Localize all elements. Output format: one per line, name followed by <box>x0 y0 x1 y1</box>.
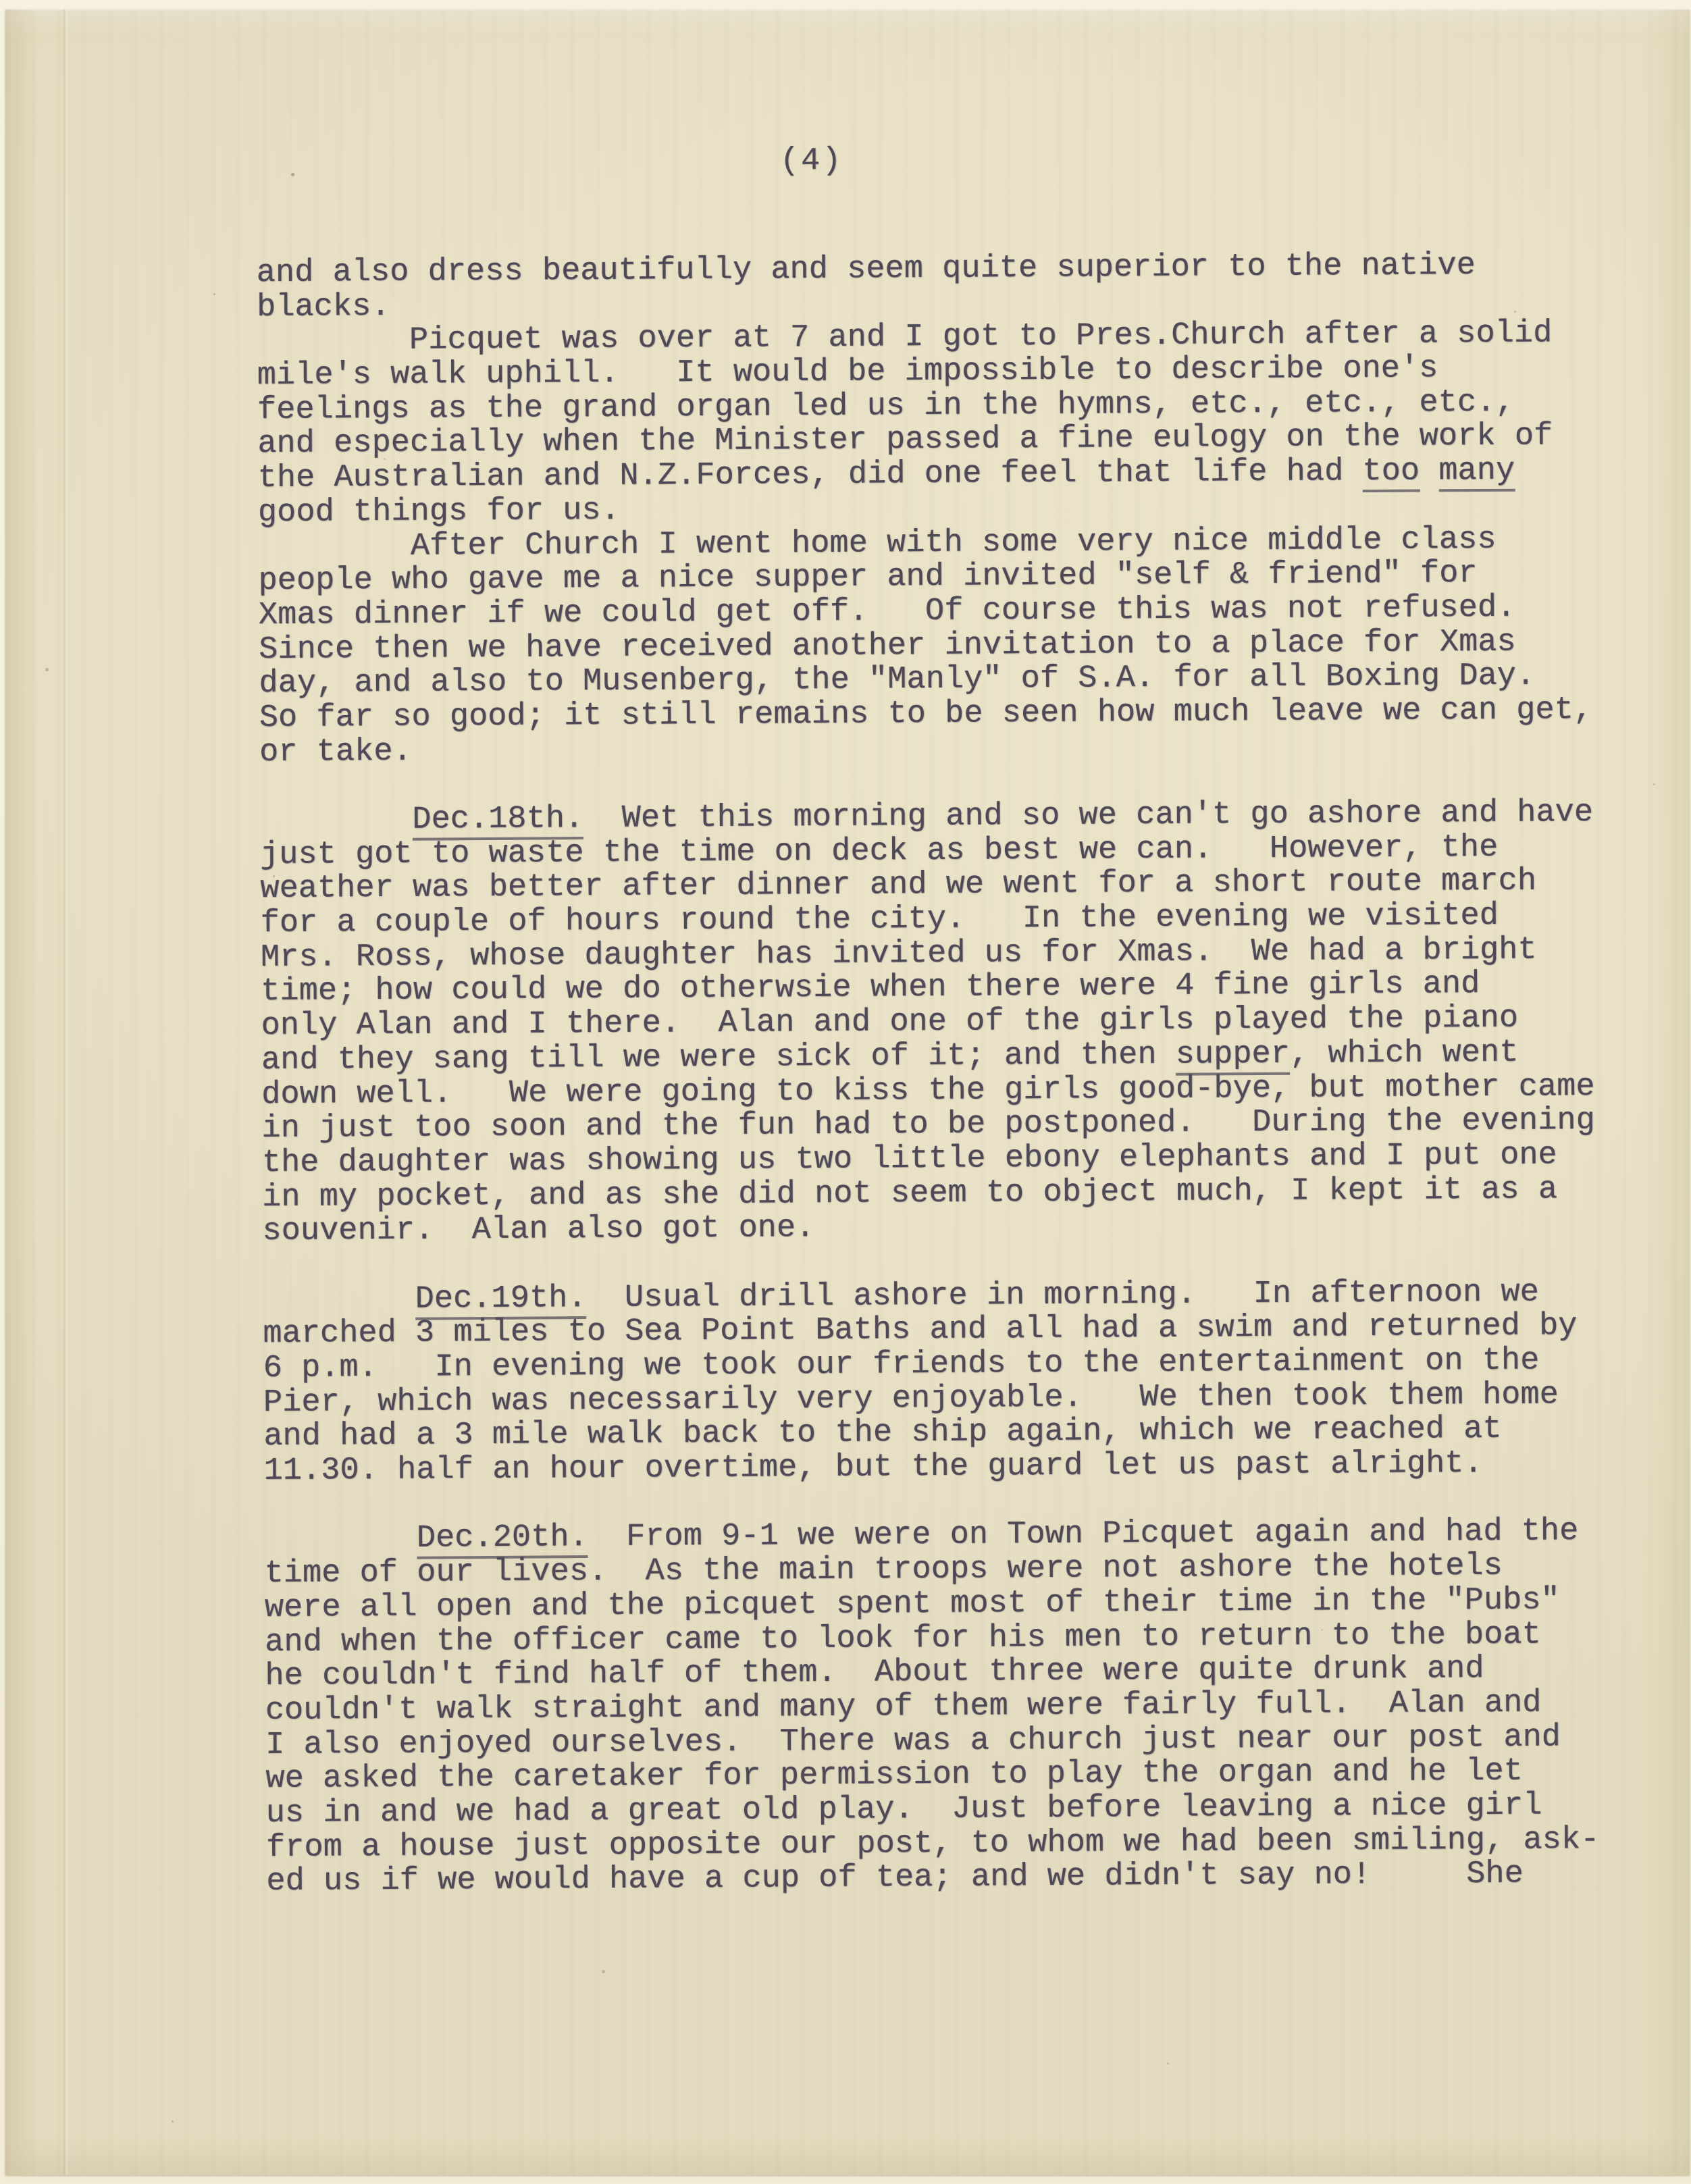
paper-specks <box>5 9 7 11</box>
text-segment <box>260 802 413 839</box>
text-segment <box>1420 453 1439 489</box>
text-line: the Australian and N.Z.Forces, did one f… <box>258 454 1592 496</box>
page-number: (4) <box>780 145 843 179</box>
underlined-text: many <box>1438 453 1515 492</box>
text-line: ed us if we would have a cup of tea; and… <box>266 1857 1600 1900</box>
text-segment: souvenir. Alan also got one. <box>262 1210 814 1249</box>
underlined-text: too <box>1362 454 1420 493</box>
underlined-text: Dec.18th. <box>412 801 583 841</box>
text-segment: 11.30. half an hour overtime, but the gu… <box>263 1446 1482 1489</box>
text-segment: the Australian and N.Z.Forces, did one f… <box>258 454 1363 496</box>
text-segment <box>263 1281 415 1318</box>
underlined-text: Dec.20th. <box>417 1520 588 1560</box>
text-segment <box>264 1521 417 1557</box>
text-segment: good things for us. <box>258 493 620 531</box>
text-segment: and also dress beautifully and seem quit… <box>257 248 1476 291</box>
paper-sheet: (4) and also dress beautifully and seem … <box>5 9 1690 2175</box>
text-segment: blacks. <box>257 289 390 326</box>
text-segment: ed us if we would have a cup of tea; and… <box>266 1856 1524 1900</box>
typed-content: (4) and also dress beautifully and seem … <box>3 4 1691 2180</box>
text-segment: , which went <box>1290 1035 1519 1072</box>
document-body: and also dress beautifully and seem quit… <box>257 249 1600 1900</box>
text-segment: or take. <box>259 733 412 770</box>
underlined-text: Dec.19th. <box>415 1280 587 1320</box>
scanned-document-photo: (4) and also dress beautifully and seem … <box>0 0 1691 2184</box>
underlined-text: supper <box>1176 1037 1291 1076</box>
